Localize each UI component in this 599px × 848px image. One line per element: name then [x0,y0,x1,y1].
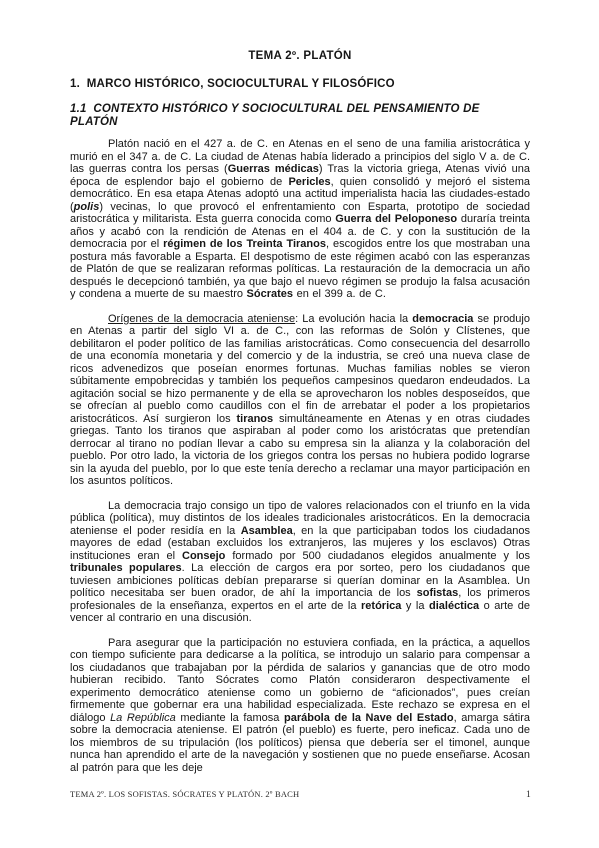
page-number: 1 [526,790,531,800]
page-footer: TEMA 2º. LOS SOFISTAS. SÓCRATES Y PLATÓN… [70,789,531,800]
text-segment: polis [74,201,100,213]
paragraph: Para asegurar que la participación no es… [70,637,530,775]
document-title: TEMA 2º. PLATÓN [70,50,530,62]
text-segment: tribunales populares [70,562,182,574]
text-segment: en el 399 a. de C. [293,288,386,300]
document-content: TEMA 2º. PLATÓN 1. MARCO HISTÓRICO, SOCI… [70,50,530,774]
text-segment: régimen de los Treinta Tiranos [163,238,326,250]
footer-title: TEMA 2º. LOS SOFISTAS. SÓCRATES Y PLATÓN… [70,789,299,799]
text-segment: formado por 500 ciudadanos elegidos anua… [225,550,530,562]
paragraph: Platón nació en el 427 a. de C. en Atena… [70,138,530,301]
text-segment: Orígenes de la democracia ateniense [108,313,295,325]
text-segment: Sócrates [247,288,293,300]
text-segment: Asamblea [241,525,293,537]
text-segment: Guerras médicas [228,163,319,175]
text-segment: La República [110,712,176,724]
text-segment: Pericles [288,176,330,188]
text-segment: Consejo [182,550,225,562]
text-segment: y la [401,600,429,612]
text-segment: se produjo en Atenas a partir del siglo … [70,313,530,425]
subsection-heading: 1.1 CONTEXTO HISTÓRICO Y SOCIOCULTURAL D… [70,103,530,129]
text-segment: mediante la famosa [176,712,284,724]
document-page: TEMA 2º. PLATÓN 1. MARCO HISTÓRICO, SOCI… [0,0,599,848]
section-heading: 1. MARCO HISTÓRICO, SOCIOCULTURAL Y FILO… [70,78,530,90]
paragraph: Orígenes de la democracia ateniense: La … [70,313,530,488]
text-segment: sofistas [417,587,459,599]
document-body: Platón nació en el 427 a. de C. en Atena… [70,138,530,774]
text-segment: retórica [361,600,401,612]
text-segment: : La evolución hacia la [295,313,412,325]
paragraph: La democracia trajo consigo un tipo de v… [70,500,530,625]
text-segment: democracia [412,313,473,325]
text-segment: Para asegurar que la participación no es… [70,637,530,724]
text-segment: parábola de la Nave del Estado [284,712,454,724]
text-segment: tiranos [236,413,273,425]
text-segment: dialéctica [429,600,479,612]
text-segment: Guerra del Peloponeso [335,213,457,225]
